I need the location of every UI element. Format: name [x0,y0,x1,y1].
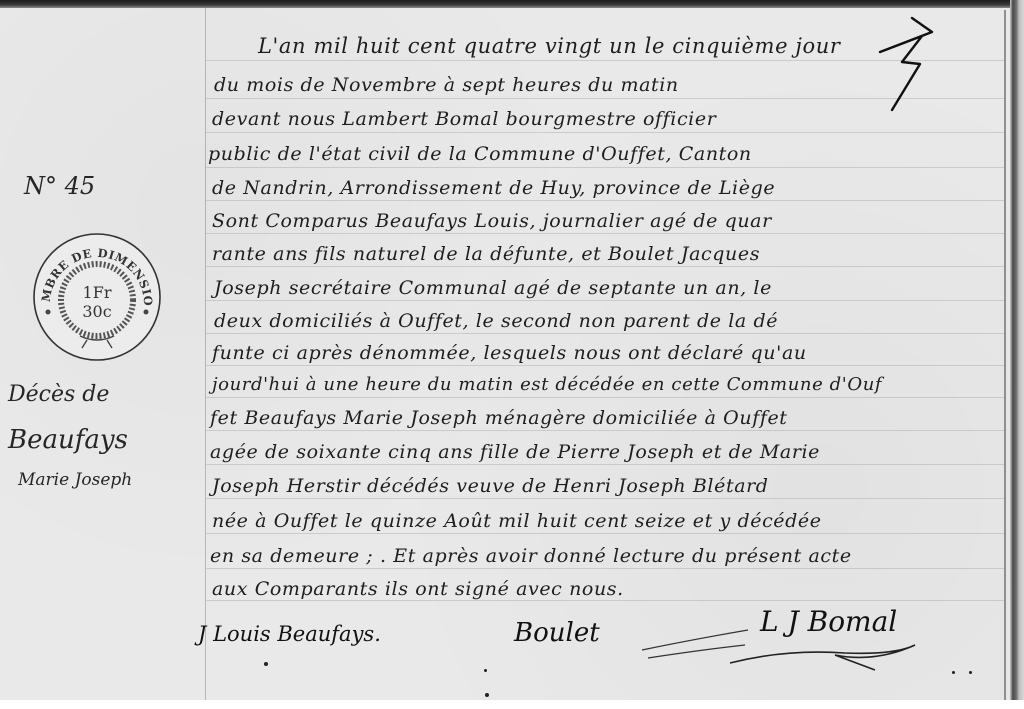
ruled-line [206,600,1004,601]
signature-declarant: J Louis Beaufays. [198,622,381,646]
signature-witness: Boulet [514,618,600,648]
ruled-line [206,200,1004,201]
right-border-line [1004,10,1006,700]
paraph-mark-icon [862,14,942,114]
body-line-4: public de l'état civil de la Commune d'O… [208,143,752,165]
page-top-edge [0,0,1024,8]
ruled-line [206,568,1004,569]
ruled-line [206,167,1004,168]
margin-title-surname: Beaufays [8,425,128,455]
body-line-10: funte ci après dénommée, lesquels nous o… [212,342,807,364]
record-number: N° 45 [24,172,95,200]
ink-speck [952,671,955,674]
ruled-line [206,533,1004,534]
body-line-8: Joseph secrétaire Communal agé de septan… [214,277,772,299]
ruled-line [206,233,1004,234]
revenue-stamp: TIMBRE DE DIMENSION 1Fr 30c [32,232,162,362]
body-line-5: de Nandrin, Arrondissement de Huy, provi… [212,177,775,199]
page-right-edge [1010,0,1024,700]
document-page: N° 45 TIMBRE DE DIMENSION 1Fr 30c Décès … [0,0,1024,700]
ruled-line [206,464,1004,465]
margin-title-given-names: Marie Joseph [18,470,132,490]
ruled-line [206,365,1004,366]
officer-flourish-icon [725,635,925,675]
body-line-2: du mois de Novembre à sept heures du mat… [214,74,679,96]
body-line-16: en sa demeure ; . Et après avoir donné l… [210,545,852,567]
body-line-11: jourd'hui à une heure du matin est décéd… [212,374,882,395]
margin-line [205,8,206,700]
ruled-line [206,132,1004,133]
body-line-7: rante ans fils naturel de la défunte, et… [212,243,760,265]
ruled-line [206,300,1004,301]
margin-title-deces: Décès de [8,382,109,407]
body-line-3: devant nous Lambert Bomal bourgmestre of… [212,108,716,130]
ink-speck [485,693,489,697]
ink-speck [969,671,972,674]
body-line-9: deux domiciliés à Ouffet, le second non … [214,310,778,332]
ink-speck [264,662,268,666]
body-line-15: née à Ouffet le quinze Août mil huit cen… [212,510,822,532]
stamp-value-francs: 1Fr [83,283,112,302]
ink-speck [484,669,487,672]
body-line-12: fet Beaufays Marie Joseph ménagère domic… [210,407,788,429]
stamp-value-centimes: 30c [82,302,111,321]
body-line-13: agée de soixante cinq ans fille de Pierr… [210,441,820,463]
body-line-17: aux Comparants ils ont signé avec nous. [212,578,624,600]
ruled-line [206,498,1004,499]
body-line-6: Sont Comparus Beaufays Louis, journalier… [212,210,772,232]
ruled-line [206,430,1004,431]
ruled-line [206,266,1004,267]
body-line-14: Joseph Herstir décédés veuve de Henri Jo… [212,475,769,497]
ruled-line [206,397,1004,398]
ruled-line [206,333,1004,334]
signature-officer: L J Bomal [760,605,897,638]
body-line-1: L'an mil huit cent quatre vingt un le ci… [258,34,841,58]
